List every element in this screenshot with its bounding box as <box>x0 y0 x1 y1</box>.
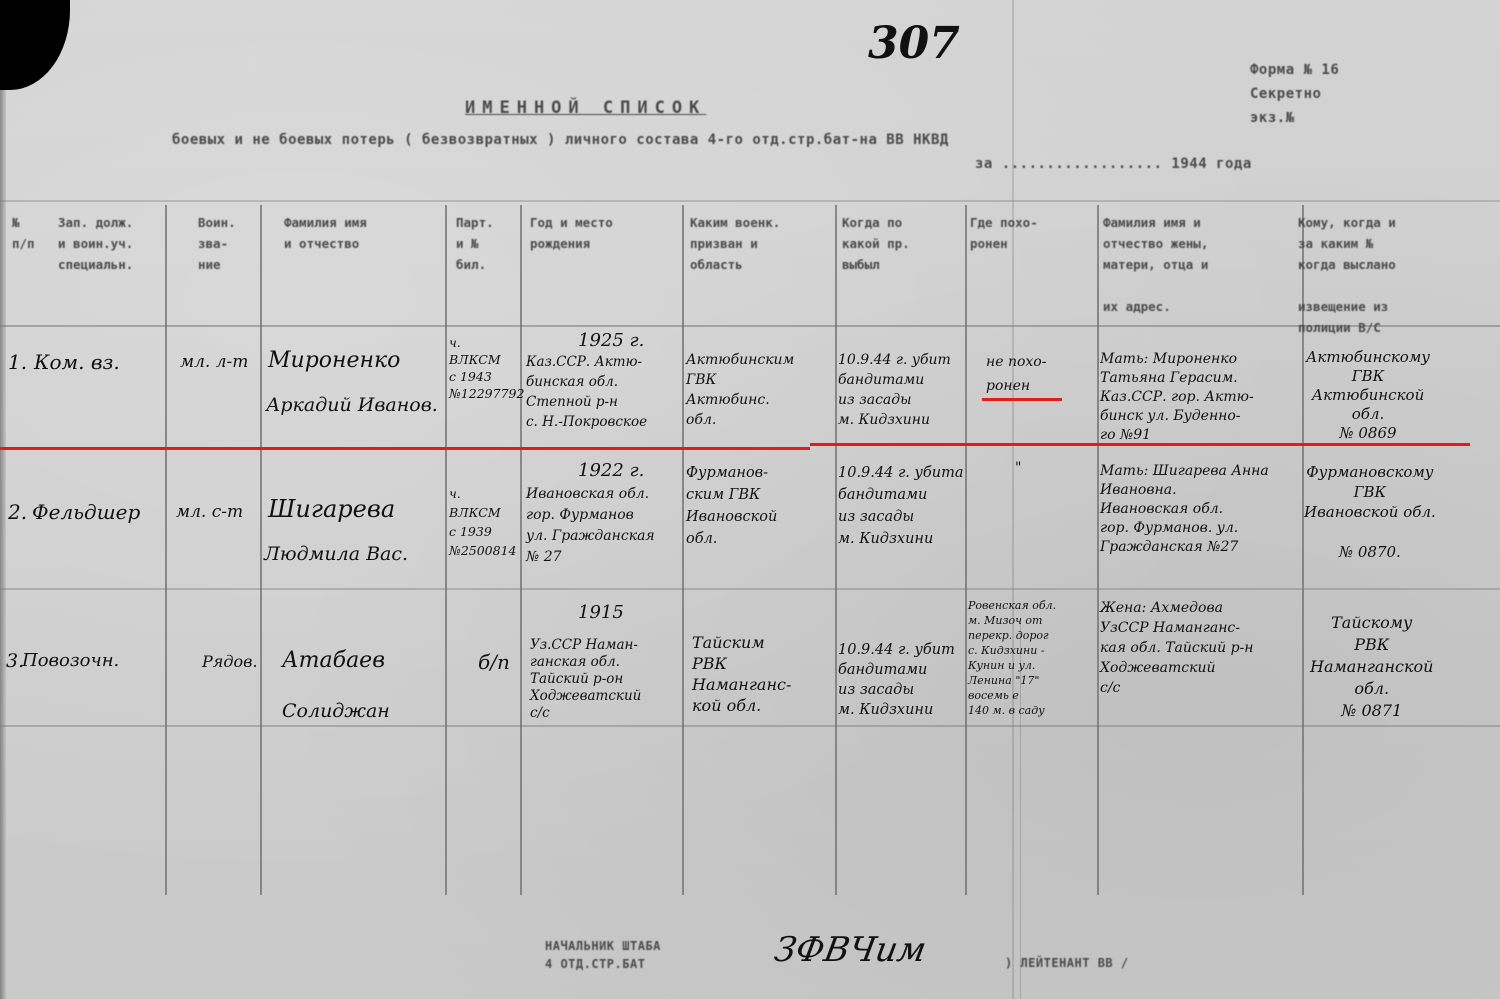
relatives: Мать: Мироненко Татьяна Герасим. Каз.ССР… <box>1100 350 1254 445</box>
red-underline-annotation <box>982 398 1062 401</box>
document-subtitle: боевых и не боевых потерь ( безвозвратны… <box>172 132 949 148</box>
col-rule <box>1097 205 1099 895</box>
col-header: Каким военк. призван и область <box>690 212 780 275</box>
when-left: 10.9.44 г. убит бандитами из засады м. К… <box>838 640 955 720</box>
relatives: Мать: Шигарева Анна Ивановна. Ивановская… <box>1100 462 1269 557</box>
row-rule <box>0 588 1500 590</box>
col-rule <box>682 205 684 895</box>
burial-place: Ровенская обл. м. Мизоч от перекр. дорог… <box>968 598 1056 718</box>
paper-edge <box>0 90 6 999</box>
col-header: Парт. и № бил. <box>456 212 494 275</box>
paper-fold <box>1012 0 1014 999</box>
draft-office: Актюбинским ГВК Актюбинс. обл. <box>686 350 794 430</box>
col-header: № п/п <box>12 212 35 254</box>
col-rule <box>165 205 167 895</box>
given-names: Людмила Вас. <box>264 543 408 565</box>
document-period: за .................. 1944 года <box>975 156 1252 172</box>
red-separator-annotation <box>0 447 810 450</box>
col-rule <box>835 205 837 895</box>
col-header: Когда по какой пр. выбыл <box>842 212 910 275</box>
birth-place: Ивановская обл. гор. Фурманов ул. Гражда… <box>526 484 655 568</box>
row-number: 2. <box>8 500 27 524</box>
birth-place: Уз.ССР Наман- ганская обл. Тайский р-он … <box>530 637 641 722</box>
form-number: Форма № 16 <box>1250 58 1339 82</box>
col-header: Зап. долж. и воин.уч. специальн. <box>58 212 133 275</box>
col-rule <box>260 205 262 895</box>
birth-year: 1915 <box>578 602 624 623</box>
burial-place: не похо- ронен <box>986 350 1046 398</box>
when-left: 10.9.44 г. убит бандитами из засады м. К… <box>838 350 951 430</box>
burial-place: " <box>1015 460 1021 476</box>
draft-office: Тайским РВК Наманганс- кой обл. <box>692 632 791 716</box>
given-names: Аркадий Иванов. <box>266 394 438 416</box>
document-title: ИМЕННОЙ СПИСОК <box>465 98 706 118</box>
relatives: Жена: Ахмедова УзССР Наманганс- кая обл.… <box>1100 598 1254 698</box>
col-rule <box>520 205 522 895</box>
position: Повозочн. <box>22 650 119 671</box>
when-left: 10.9.44 г. убита бандитами из засады м. … <box>838 462 964 550</box>
rank: Рядов. <box>202 652 258 671</box>
col-rule <box>445 205 447 895</box>
row-number: 1. <box>8 350 27 374</box>
signature-rank: ) ЛЕЙТЕНАНТ ВВ / <box>1005 956 1129 970</box>
surname: Шигарева <box>268 495 395 523</box>
draft-office: Фурманов- ским ГВК Ивановской обл. <box>686 462 777 550</box>
party-membership: ч. ВЛКСМ с 1939 №2500814 <box>449 484 517 560</box>
position: Ком. вз. <box>34 350 120 374</box>
form-meta: Форма № 16 Секретно экз.№ <box>1250 58 1339 130</box>
surname: Мироненко <box>268 348 400 373</box>
notice: Актюбинскому ГВК Актюбинской обл. № 0869 <box>1306 348 1430 443</box>
torn-corner <box>0 0 70 90</box>
row-rule <box>0 725 1500 727</box>
col-header: Фамилия имя и отчество <box>284 212 367 254</box>
red-separator-annotation <box>810 443 1470 446</box>
surname: Атабаев <box>282 648 385 673</box>
table-top-rule <box>0 200 1500 202</box>
classification: Секретно <box>1250 82 1339 106</box>
col-rule <box>965 205 967 895</box>
signature: ЗФВЧим <box>771 930 929 970</box>
birth-year: 1922 г. <box>578 460 644 481</box>
notice: Тайскому РВК Наманганской обл. № 0871 <box>1310 612 1433 722</box>
rank: мл. л-т <box>180 352 248 372</box>
col-header: Где похо- ронен <box>970 212 1038 254</box>
party-membership: ч. ВЛКСМ с 1943 №12297792 <box>449 334 524 402</box>
rank: мл. с-т <box>176 502 243 522</box>
given-names: Солиджан <box>282 700 390 722</box>
col-header: Воин. зва- ние <box>198 212 236 275</box>
notice: Фурмановскому ГВК Ивановской обл. № 0870… <box>1304 462 1436 562</box>
copy-number: экз.№ <box>1250 106 1339 130</box>
birth-year: 1925 г. <box>578 330 644 351</box>
header-rule <box>0 325 1500 327</box>
position: Фельдшер <box>32 500 140 524</box>
col-header: Кому, когда и за каким № когда выслано и… <box>1298 212 1396 338</box>
party-membership: б/п <box>478 650 510 674</box>
col-header: Фамилия имя и отчество жены, матери, отц… <box>1103 212 1208 317</box>
archive-page-number: 307 <box>868 18 960 69</box>
signature-label: НАЧАЛЬНИК ШТАБА 4 ОТД.СТР.БАТ <box>545 937 661 973</box>
birth-place: Каз.ССР. Актю- бинская обл. Степной р-н … <box>526 352 647 432</box>
col-header: Год и место рождения <box>530 212 613 254</box>
